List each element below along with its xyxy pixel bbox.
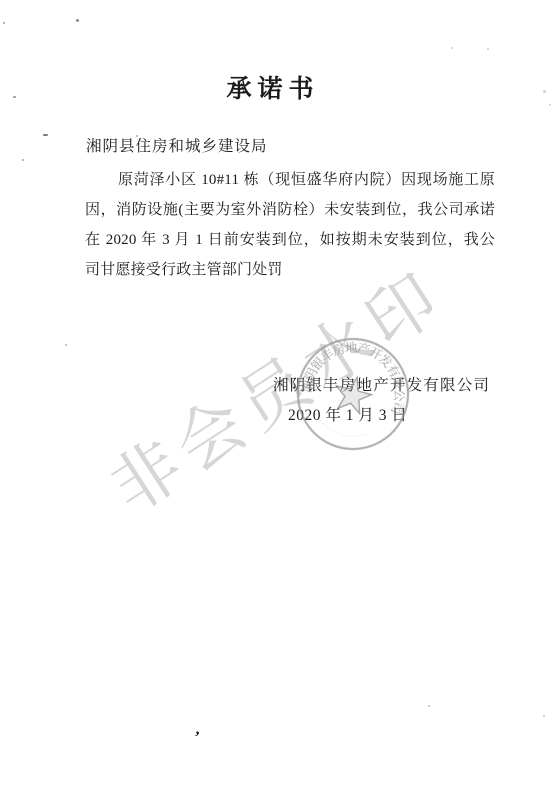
body-line-2: 因，消防设施(主要为室外消防栓）未安装到位，我公司承诺 (85, 195, 495, 225)
scan-speck (3, 22, 5, 24)
scanned-letter-page: 非会员水印 承诺书 湘阴县住房和城乡建设局 原菏泽小区 10#11 栋（现恒盛华… (0, 0, 553, 787)
letter-body: 原菏泽小区 10#11 栋（现恒盛华府内院）因现场施工原 因，消防设施(主要为室… (85, 165, 495, 285)
signature-date: 2020 年 1 月 3 日 (288, 406, 407, 426)
scan-speck (549, 104, 551, 106)
recipient-line: 湘阴县住房和城乡建设局 (86, 136, 268, 158)
scan-speck (543, 90, 546, 93)
stray-comma-mark: ’ (193, 729, 201, 748)
body-line-1: 原菏泽小区 10#11 栋（现恒盛华府内院）因现场施工原 (85, 165, 495, 195)
scan-speck (76, 19, 79, 22)
scan-speck (43, 134, 48, 136)
scan-speck (428, 705, 430, 707)
letter-title: 承诺书 (0, 74, 540, 106)
body-line-4: 司甘愿接受行政主管部门处罚 (85, 255, 495, 285)
scan-speck (65, 344, 67, 346)
scan-speck (22, 159, 24, 161)
scan-speck (136, 135, 138, 137)
scan-speck (487, 48, 489, 50)
scan-speck (13, 96, 16, 98)
scan-speck (543, 715, 545, 717)
signature-company: 湘阴银丰房地产开发有限公司 (273, 376, 490, 396)
body-line-3: 在 2020 年 3 月 1 日前安装到位，如按期未安装到位，我公 (85, 225, 495, 255)
scan-speck (451, 47, 453, 49)
